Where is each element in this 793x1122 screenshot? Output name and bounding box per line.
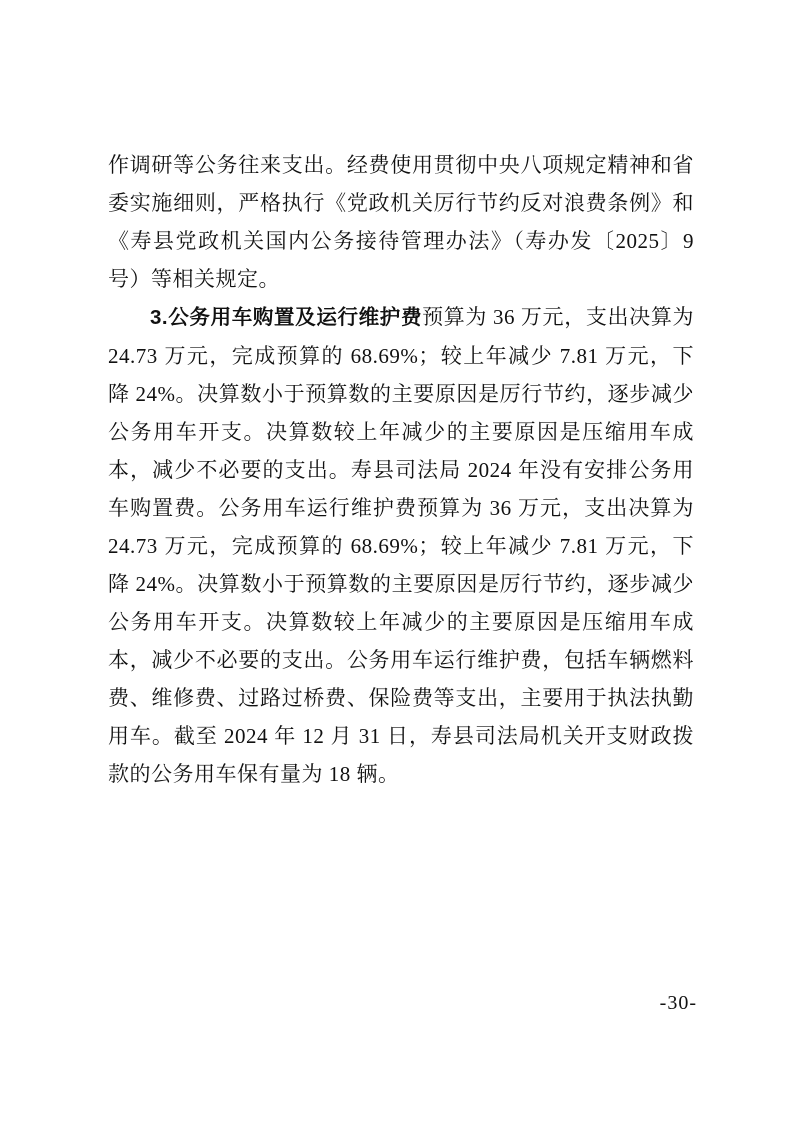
paragraph-text: 预算为 36 万元，支出决算为 24.73 万元，完成预算的 68.69%；较上…	[108, 305, 694, 786]
paragraph-text: 作调研等公务往来支出。经费使用贯彻中央八项规定精神和省委实施细则，严格执行《党政…	[108, 153, 694, 291]
paragraph-bold-heading: 3.公务用车购置及运行维护费	[150, 306, 422, 329]
page-number: -30-	[660, 991, 697, 1015]
document-page: 作调研等公务往来支出。经费使用贯彻中央八项规定精神和省委实施细则，严格执行《党政…	[0, 0, 793, 1122]
paragraph-vehicle-expense: 3.公务用车购置及运行维护费预算为 36 万元，支出决算为 24.73 万元，完…	[108, 298, 694, 793]
document-body: 作调研等公务往来支出。经费使用贯彻中央八项规定精神和省委实施细则，严格执行《党政…	[108, 146, 694, 793]
paragraph-funds-regulations: 作调研等公务往来支出。经费使用贯彻中央八项规定精神和省委实施细则，严格执行《党政…	[108, 146, 694, 298]
